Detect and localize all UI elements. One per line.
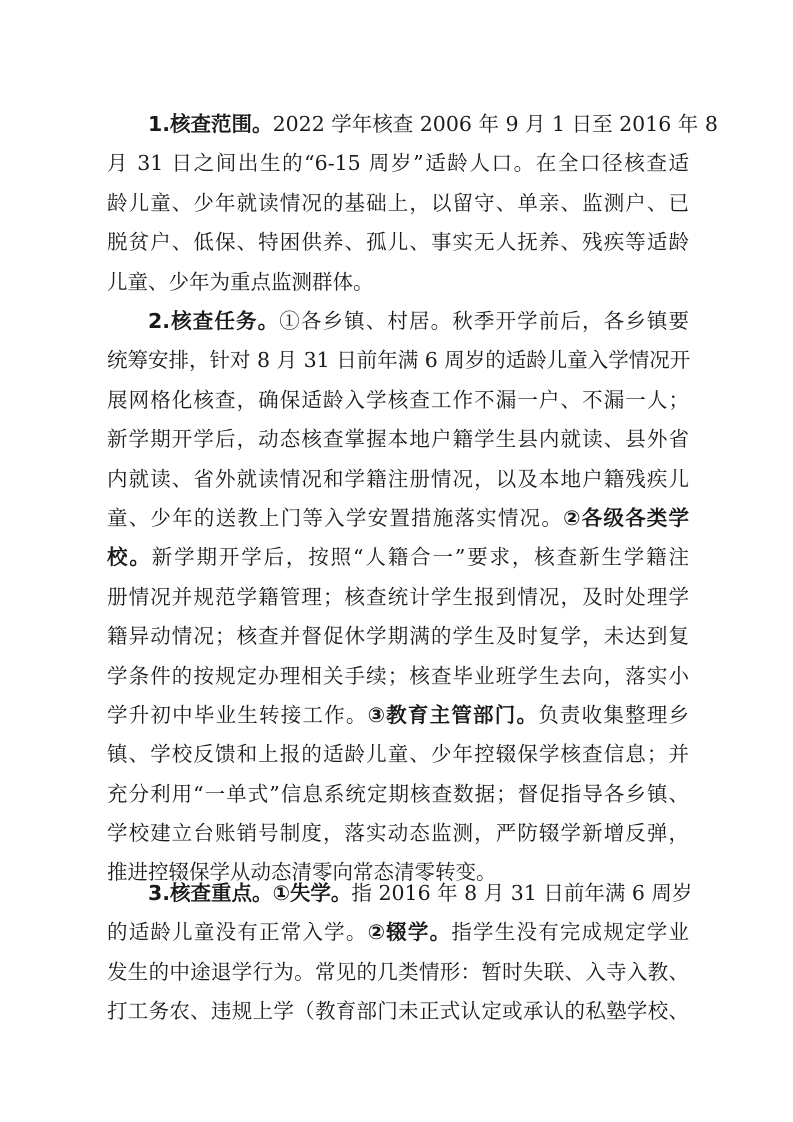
subsection-heading: ①失学。 <box>273 881 352 905</box>
text-run: 新学期开学后，按照“人籍合一”要求，核查新生学籍注 <box>152 545 689 569</box>
text-line: 打工务农、违规上学（教育部门未正式认定或承认的私塾学校、 <box>107 992 689 1031</box>
text-run: 2022 学年核查 2006 年 9 月 1 日至 2016 年 8 <box>273 112 718 136</box>
text-line: 新学期开学后，动态核查掌握本地户籍学生县内就读、县外省 <box>107 420 689 459</box>
text-run: 指 2016 年 8 月 31 日前年满 6 周岁 <box>351 881 692 905</box>
text-line: 1.核查范围。2022 学年核查 2006 年 9 月 1 日至 2016 年 … <box>107 105 689 144</box>
text-run: 的适龄儿童没有正常入学。 <box>107 920 368 944</box>
text-line: 册情况并规范学籍管理；核查统计学生报到情况，及时处理学 <box>107 578 689 617</box>
text-line: 充分利用“一单式”信息系统定期核查数据；督促指导各乡镇、 <box>107 775 689 814</box>
text-run: 童、少年的送教上门等入学安置措施落实情况。 <box>107 506 563 530</box>
subsection-heading: ③教育主管部门。 <box>368 703 539 727</box>
section-heading: 1.核查范围。 <box>148 112 273 136</box>
text-line: 的适龄儿童没有正常入学。②辍学。指学生没有完成规定学业 <box>107 913 689 952</box>
text-line: 展网格化核查，确保适龄入学核查工作不漏一户、不漏一人； <box>107 381 689 420</box>
text-line: 镇、学校反馈和上报的适龄儿童、少年控辍保学核查信息；并 <box>107 735 689 774</box>
subsection-heading: ②各级各类学 <box>563 506 689 530</box>
paragraph-scope: 1.核查范围。2022 学年核查 2006 年 9 月 1 日至 2016 年 … <box>107 105 689 302</box>
paragraph-tasks: 2.核查任务。①各乡镇、村居。秋季开学前后，各乡镇要 统筹安排，针对 8 月 3… <box>107 302 689 893</box>
text-line: 内就读、省外就读情况和学籍注册情况，以及本地户籍残疾儿 <box>107 460 689 499</box>
text-line: 籍异动情况；核查并督促休学期满的学生及时复学，未达到复 <box>107 617 689 656</box>
text-line: 脱贫户、低保、特困供养、孤儿、事实无人抚养、残疾等适龄 <box>107 223 689 262</box>
text-line: 月 31 日之间出生的“6-15 周岁”适龄人口。在全口径核查适 <box>107 144 689 183</box>
text-line: 学升初中毕业生转接工作。③教育主管部门。负责收集整理乡 <box>107 696 689 735</box>
text-line: 学校建立台账销号制度，落实动态监测，严防辍学新增反弹， <box>107 814 689 853</box>
subsection-heading: ②辍学。 <box>368 920 452 944</box>
text-line: 发生的中途退学行为。常见的几类情形：暂时失联、入寺入教、 <box>107 953 689 992</box>
text-line: 校。新学期开学后，按照“人籍合一”要求，核查新生学籍注 <box>107 538 689 577</box>
text-run: 学升初中毕业生转接工作。 <box>107 703 368 727</box>
subsection-heading: 校。 <box>107 545 152 569</box>
text-line: 3.核查重点。①失学。指 2016 年 8 月 31 日前年满 6 周岁 <box>107 874 689 913</box>
text-run: 负责收集整理乡 <box>538 703 689 727</box>
text-line: 龄儿童、少年就读情况的基础上，以留守、单亲、监测户、已 <box>107 184 689 223</box>
text-line: 学条件的按规定办理相关手续；核查毕业班学生去向，落实小 <box>107 657 689 696</box>
text-run: 指学生没有完成规定学业 <box>451 920 689 944</box>
text-line: 儿童、少年为重点监测群体。 <box>107 263 689 302</box>
text-line: 童、少年的送教上门等入学安置措施落实情况。②各级各类学 <box>107 499 689 538</box>
section-heading: 3.核查重点。 <box>148 881 273 905</box>
document-page: 1.核查范围。2022 学年核查 2006 年 9 月 1 日至 2016 年 … <box>0 0 793 1122</box>
text-line: 统筹安排，针对 8 月 31 日前年满 6 周岁的适龄儿童入学情况开 <box>107 341 689 380</box>
paragraph-focus: 3.核查重点。①失学。指 2016 年 8 月 31 日前年满 6 周岁 的适龄… <box>107 874 689 1032</box>
text-line: 2.核查任务。①各乡镇、村居。秋季开学前后，各乡镇要 <box>107 302 689 341</box>
section-heading: 2.核查任务。 <box>148 309 279 333</box>
text-run: ①各乡镇、村居。秋季开学前后，各乡镇要 <box>279 309 689 333</box>
